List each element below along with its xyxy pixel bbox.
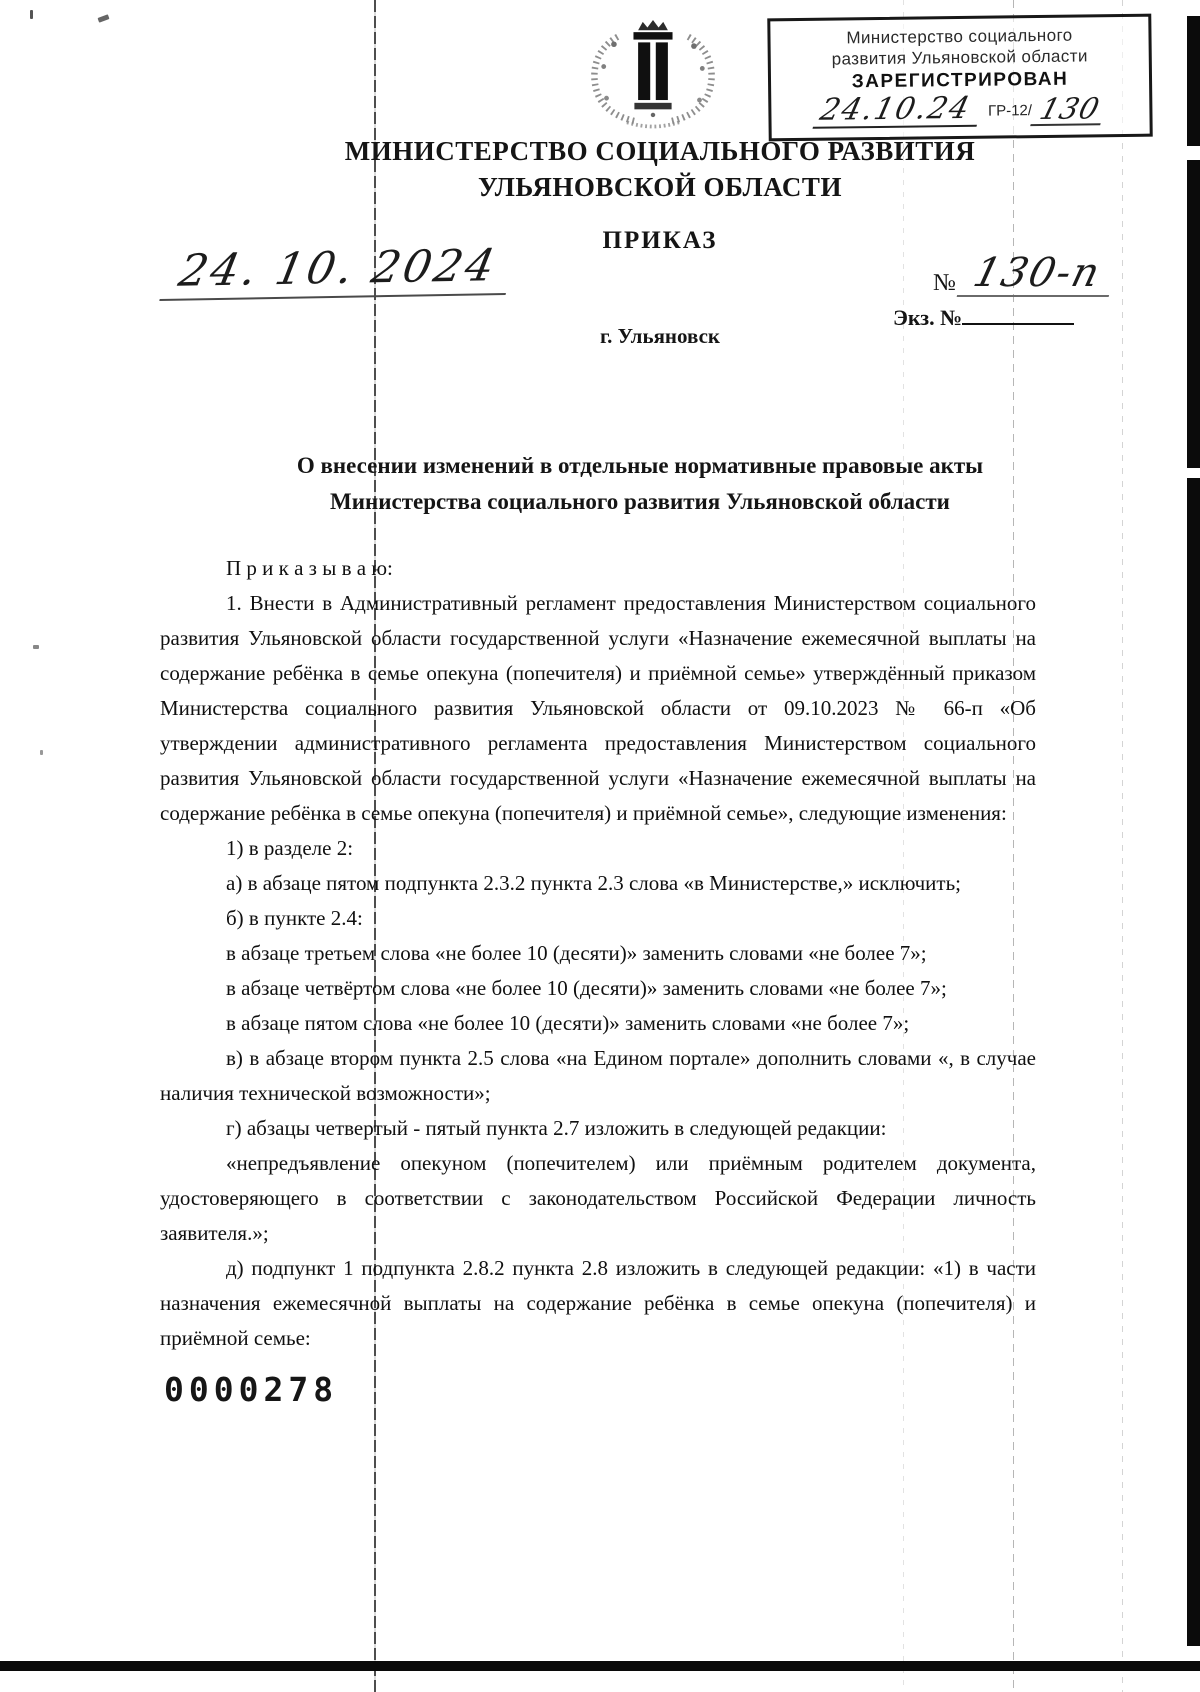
stamp-org-line2: развития Ульяновской области xyxy=(779,45,1141,70)
document-body: П р и к а з ы в а ю: 1. Внести в Админис… xyxy=(160,551,1036,1407)
stamp-handwritten-date: 24.10.24 xyxy=(813,94,984,129)
stamp-date-number-row: 24.10.24 ГР-12/ 130 xyxy=(779,92,1141,129)
handwritten-document-number: 130-п xyxy=(957,254,1119,297)
body-paragraph: 1) в разделе 2: xyxy=(160,831,1036,866)
body-paragraph: в абзаце третьем слова «не более 10 (дес… xyxy=(160,936,1036,971)
registration-stamp: Министерство социального развития Ульяно… xyxy=(767,14,1152,142)
city-label: г. Ульяновск xyxy=(150,324,1170,349)
body-paragraph: в абзаце четвёртом слова «не более 10 (д… xyxy=(160,971,1036,1006)
ministry-header: МИНИСТЕРСТВО СОЦИАЛЬНОГО РАЗВИТИЯ УЛЬЯНО… xyxy=(150,133,1170,205)
scan-edge-band xyxy=(1187,16,1200,1646)
document-number-row: № 130-п xyxy=(933,258,1114,301)
body-paragraph: б) в пункте 2.4: xyxy=(160,901,1036,936)
body-paragraph: д) подпункт 1 подпункта 2.8.2 пункта 2.8… xyxy=(160,1251,1036,1356)
document-title-line2: Министерства социального развития Ульяно… xyxy=(160,484,1120,520)
scan-speck xyxy=(40,750,43,755)
scan-speck xyxy=(33,645,39,649)
number-label: № xyxy=(933,270,956,296)
scan-speck xyxy=(97,14,109,22)
body-paragraph: в абзаце пятом слова «не более 10 (десят… xyxy=(160,1006,1036,1041)
scanned-document-page: Министерство социального развития Ульяно… xyxy=(0,0,1200,1692)
document-title-line1: О внесении изменений в отдельные нормати… xyxy=(160,448,1120,484)
page-counter-stamp: 0000278 xyxy=(164,1372,1036,1407)
ministry-name-line2: УЛЬЯНОВСКОЙ ОБЛАСТИ xyxy=(150,169,1170,205)
scan-bottom-bar xyxy=(0,1661,1200,1671)
document-title: О внесении изменений в отдельные нормати… xyxy=(160,448,1120,520)
ministry-name-line1: МИНИСТЕРСТВО СОЦИАЛЬНОГО РАЗВИТИЯ xyxy=(150,133,1170,169)
body-paragraph: 1. Внести в Административный регламент п… xyxy=(160,586,1036,831)
scan-speck xyxy=(30,10,33,19)
copy-number-blank-line xyxy=(962,301,1074,325)
body-paragraph: г) абзацы четвертый - пятый пункта 2.7 и… xyxy=(160,1111,1036,1146)
body-paragraph: а) в абзаце пятом подпункта 2.3.2 пункта… xyxy=(160,866,1036,901)
body-paragraph: П р и к а з ы в а ю: xyxy=(160,551,1036,586)
body-paragraph: «непредъявление опекуном (попечителем) и… xyxy=(160,1146,1036,1251)
handwritten-document-date: 24. 10. 2024 xyxy=(159,243,515,301)
stamp-number-prefix: ГР-12/ xyxy=(980,102,1034,127)
stamp-handwritten-number: 130 xyxy=(1030,94,1109,126)
body-paragraph: в) в абзаце втором пункта 2.5 слова «на … xyxy=(160,1041,1036,1111)
coat-of-arms-icon xyxy=(560,18,746,130)
